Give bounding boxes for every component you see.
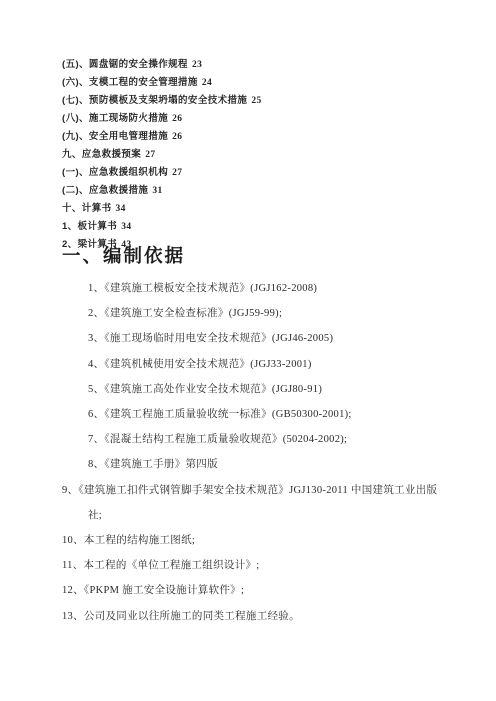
toc-entry: 1、板计算书34 [62,218,456,236]
toc-entry-label: 十、计算书 [62,203,112,214]
reference-item: 3、《施工现场临时用电安全技术规范》(JGJ46-2005) [62,326,442,351]
reference-item: 10、本工程的结构施工图纸; [62,528,442,553]
reference-item: 8、《建筑施工手册》第四版 [62,452,442,477]
toc-entry: 十、计算书34 [62,200,456,218]
reference-item: 13、公司及同业以往所施工的同类工程施工经验。 [62,604,442,629]
toc-entry-page: 27 [145,150,155,160]
toc-entry-label: (五)、圆盘锯的安全操作规程 [62,59,188,70]
toc-entry: (二)、应急救援措施31 [62,182,456,200]
toc-entry-page: 34 [121,222,131,232]
toc-entry-page: 24 [202,78,212,88]
reference-item: 7、《混凝土结构工程施工质量验收规范》(50204-2002); [62,427,442,452]
reference-item: 5、《建筑施工高处作业安全技术规范》(JGJ80-91) [62,377,442,402]
document-page: (五)、圆盘锯的安全操作规程23 (六)、支模工程的安全管理措施24 (七)、预… [0,0,496,701]
toc-entry: (八)、施工现场防火措施26 [62,110,456,128]
toc-entry: (九)、安全用电管理措施26 [62,128,456,146]
toc-entry-label: (七)、预防模板及支架坍塌的安全技术措施 [62,95,247,106]
toc-entry-page: 27 [172,168,182,178]
reference-item: 12、《PKPM 施工安全设施计算软件》; [62,578,442,603]
toc-entry-label: (一)、应急救援组织机构 [62,167,168,178]
toc-entry-page: 31 [152,186,162,196]
reference-item: 1、《建筑施工模板安全技术规范》(JGJ162-2008) [62,276,442,301]
toc-entry: 九、应急救援预案27 [62,146,456,164]
toc-entry: (七)、预防模板及支架坍塌的安全技术措施25 [62,92,456,110]
toc-entry: (五)、圆盘锯的安全操作规程23 [62,56,456,74]
table-of-contents: (五)、圆盘锯的安全操作规程23 (六)、支模工程的安全管理措施24 (七)、预… [62,56,456,254]
reference-item: 11、本工程的《单位工程施工组织设计》; [62,553,442,578]
toc-entry-label: (九)、安全用电管理措施 [62,131,168,142]
toc-entry: (一)、应急救援组织机构27 [62,164,456,182]
reference-item: 4、《建筑机械使用安全技术规范》(JGJ33-2001) [62,352,442,377]
toc-entry-page: 26 [172,132,182,142]
toc-entry-label: (八)、施工现场防火措施 [62,113,168,124]
toc-entry-page: 25 [251,96,261,106]
toc-entry-label: (二)、应急救援措施 [62,185,148,196]
toc-entry-page: 34 [116,204,126,214]
toc-entry-label: 1、板计算书 [62,221,117,232]
toc-entry-page: 23 [192,60,202,70]
toc-entry-label: (六)、支模工程的安全管理措施 [62,77,198,88]
toc-entry: (六)、支模工程的安全管理措施24 [62,74,456,92]
toc-entry-page: 26 [172,114,182,124]
reference-list: 1、《建筑施工模板安全技术规范》(JGJ162-2008) 2、《建筑施工安全检… [62,276,442,629]
section-heading: 一、编制依据 [62,245,185,269]
toc-entry-label: 九、应急救援预案 [62,149,141,160]
reference-item: 2、《建筑施工安全检查标准》(JGJ59-99); [62,301,442,326]
reference-item: 9、《建筑施工扣件式钢管脚手架安全技术规范》JGJ130-2011 中国建筑工业… [62,478,442,528]
reference-item: 6、《建筑工程施工质量验收统一标准》(GB50300-2001); [62,402,442,427]
